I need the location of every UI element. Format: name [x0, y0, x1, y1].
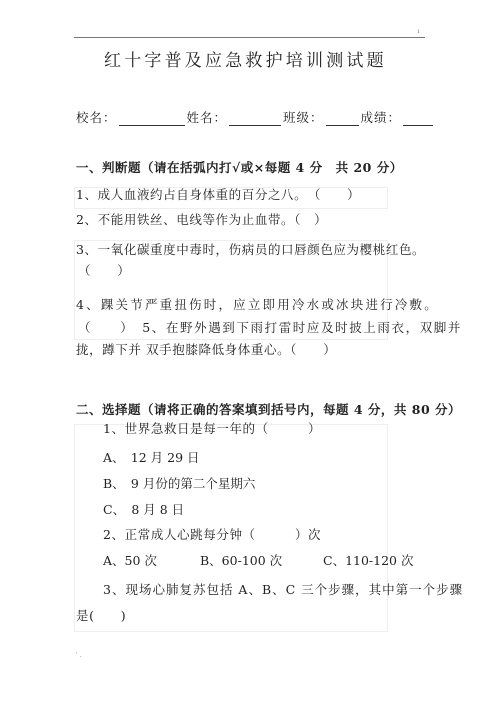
school-blank	[119, 111, 185, 126]
section2-title: 二、选择题（请将正确的答案填到括号内，每题 4 分，共 80 分）	[76, 400, 461, 418]
mc-question-3: 3、现场心肺复苏包括 A、B、C 三个步骤，其中第一个步骤	[103, 580, 463, 598]
mc-question-1: 1、世界急救日是每一年的（ ）	[103, 419, 321, 437]
mc-q2-option-a: A、50 次	[103, 551, 157, 569]
tf-question-4: 4、踝关节严重扭伤时，应立即用冷水或冰块进行冷敷。	[76, 295, 439, 313]
mc-q1-option-b: B、 9 月份的第二个星期六	[103, 474, 255, 492]
school-label: 校名：	[76, 108, 117, 126]
mc-question-2: 2、正常成人心跳每分钟（ ）次	[103, 525, 321, 543]
tf-question-3: 3、一氧化碳重度中毒时，伤病员的口唇颜色应为樱桃红色。	[76, 240, 425, 258]
mc-q2-option-c: C、110-120 次	[323, 551, 413, 569]
mc-q1-option-a: A、 12 月 29 日	[103, 448, 200, 466]
header-rule	[74, 37, 425, 38]
student-info-row: 校名： 姓名： 班级： 成绩：	[76, 108, 435, 126]
tf-question-4-5: （ ） 5、在野外遇到下雨打雷时应及时披上雨衣，双脚并	[78, 318, 462, 336]
tf-question-5-cont: 拢，蹲下并 双手抱膝降低身体重心。（ ）	[76, 340, 336, 358]
page-title: 红十字普及应急救护培训测试题	[104, 46, 387, 71]
name-label: 姓名：	[187, 108, 228, 126]
tf-question-3-blank: （ ）	[78, 261, 130, 279]
class-label: 班级：	[283, 108, 324, 126]
tf-question-1: 1、成人血液约占自身体重的百分之八。 （ ）	[76, 185, 360, 203]
score-label: 成绩：	[361, 108, 402, 126]
tf-question-2: 2、不能用铁丝、电线等作为止血带。（ ）	[76, 210, 327, 228]
class-blank	[326, 111, 359, 126]
stray-mark: ' .	[76, 652, 81, 659]
mc-q1-option-c: C、 8 月 8 日	[103, 500, 184, 518]
name-blank	[229, 111, 281, 126]
section1-title: 一、判断题（请在括弧内打√或×每题 4 分 共 20 分）	[76, 158, 403, 176]
mc-question-3-cont: 是( )	[76, 606, 126, 624]
score-blank	[403, 111, 433, 126]
mc-q2-option-b: B、60-100 次	[200, 551, 282, 569]
page-number: 1	[417, 29, 420, 35]
